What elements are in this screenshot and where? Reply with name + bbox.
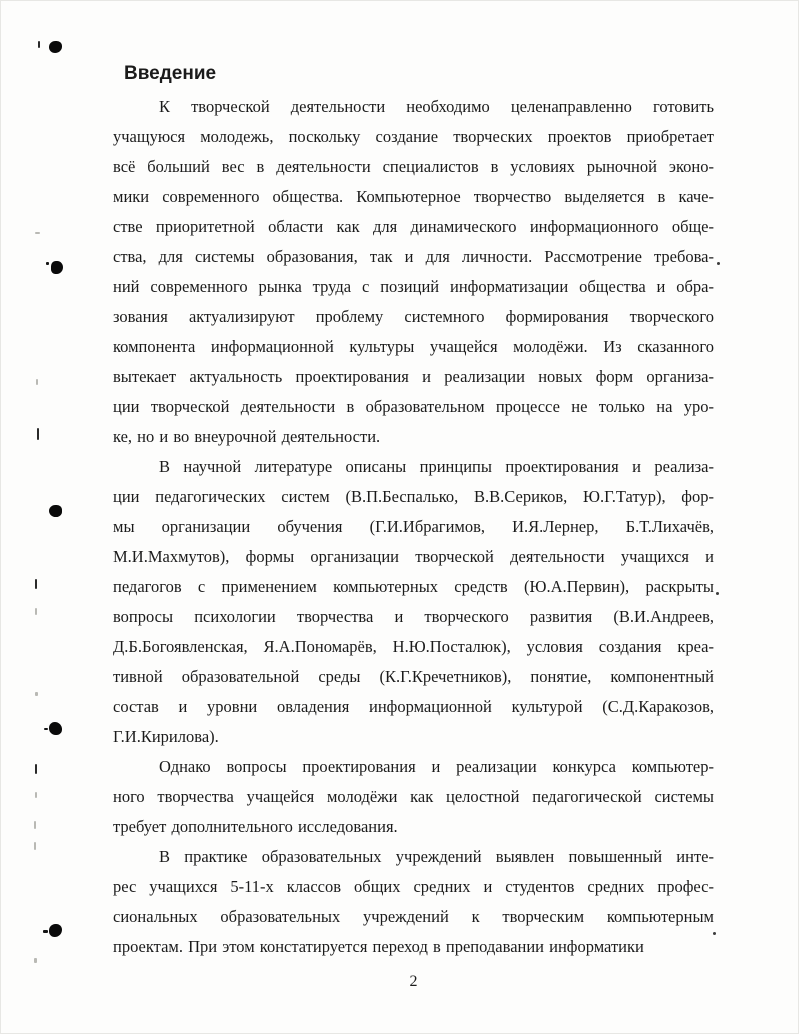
text-line: Однако вопросы проектирования и реализац…: [113, 752, 714, 782]
text-line: зования актуализируют проблему системног…: [113, 302, 714, 332]
paragraph: В практике образовательных учреждений вы…: [113, 842, 714, 962]
text-line: В практике образовательных учреждений вы…: [113, 842, 714, 872]
text-line: стве приоритетной области как для динами…: [113, 212, 714, 242]
paragraph: В научной литературе описаны принципы пр…: [113, 452, 714, 752]
scan-artifact-blob: [49, 924, 62, 937]
scan-artifact-tick: [37, 428, 39, 440]
text-line: ции творческой деятельности в образовате…: [113, 392, 714, 422]
text-line: ний современного рынка труда с позиций и…: [113, 272, 714, 302]
scan-artifact-faint: [35, 692, 38, 696]
scan-artifact-dash: [46, 262, 49, 265]
scan-artifact-faint: [35, 232, 40, 234]
scan-artifact-dot: [716, 592, 719, 595]
scan-artifact-faint: [35, 608, 37, 615]
text-line: мики современного общества. Компьютерное…: [113, 182, 714, 212]
paragraph: К творческой деятельности необходимо цел…: [113, 92, 714, 452]
scan-artifact-faint: [35, 792, 37, 798]
text-line: мы организации обучения (Г.И.Ибрагимов, …: [113, 512, 714, 542]
text-line: тивной образовательной среды (К.Г.Кречет…: [113, 662, 714, 692]
scan-artifact-faint: [34, 842, 36, 850]
text-line: педагогов с применением компьютерных сре…: [113, 572, 714, 602]
scan-artifact-blob: [49, 41, 62, 53]
text-line: Д.Б.Богоявленская, Я.А.Пономарёв, Н.Ю.По…: [113, 632, 714, 662]
text-line: В научной литературе описаны принципы пр…: [113, 452, 714, 482]
text-line: ции педагогических систем (В.П.Беспалько…: [113, 482, 714, 512]
scan-artifact-blob: [49, 722, 62, 735]
scan-artifact-blob: [51, 261, 63, 274]
paragraph: Однако вопросы проектирования и реализац…: [113, 752, 714, 842]
scanned-document-page: Введение К творческой деятельности необх…: [0, 0, 799, 1034]
text-line: учащуюся молодежь, поскольку создание тв…: [113, 122, 714, 152]
text-line: проектам. При этом констатируется перехо…: [113, 932, 714, 962]
text-line: рес учащихся 5-11-х классов общих средни…: [113, 872, 714, 902]
text-line: ства, для системы образования, так и для…: [113, 242, 714, 272]
scan-artifact-faint: [34, 958, 37, 963]
text-line: требует дополнительного исследования.: [113, 812, 714, 842]
text-line: ке, но и во внеурочной деятельности.: [113, 422, 714, 452]
text-line: состав и уровни овладения информационной…: [113, 692, 714, 722]
scan-artifact-faint: [34, 821, 36, 829]
scan-artifact-tick: [35, 579, 37, 589]
text-line: вопросы психологии творчества и творческ…: [113, 602, 714, 632]
text-line: К творческой деятельности необходимо цел…: [113, 92, 714, 122]
page-number: 2: [113, 973, 714, 991]
scan-artifact-dot: [717, 262, 720, 265]
text-line: сиональных образовательных учреждений к …: [113, 902, 714, 932]
scan-artifact-dash: [44, 728, 48, 730]
text-line: ного творчества учащейся молодёжи как це…: [113, 782, 714, 812]
text-content: Введение К творческой деятельности необх…: [113, 62, 714, 962]
scan-artifact-dash: [43, 930, 48, 933]
text-line: компонента информационной культуры учаще…: [113, 332, 714, 362]
scan-artifact-tick: [38, 41, 40, 48]
text-line: всё больший вес в деятельности специалис…: [113, 152, 714, 182]
scan-artifact-tick: [35, 764, 37, 774]
text-line: вытекает актуальность проектирования и р…: [113, 362, 714, 392]
text-line: М.И.Махмутов), формы организации творчес…: [113, 542, 714, 572]
scan-artifact-blob: [49, 505, 62, 517]
scan-artifact-faint: [36, 379, 38, 385]
section-heading: Введение: [124, 62, 714, 86]
text-body: К творческой деятельности необходимо цел…: [113, 92, 714, 962]
text-line: Г.И.Кирилова).: [113, 722, 714, 752]
